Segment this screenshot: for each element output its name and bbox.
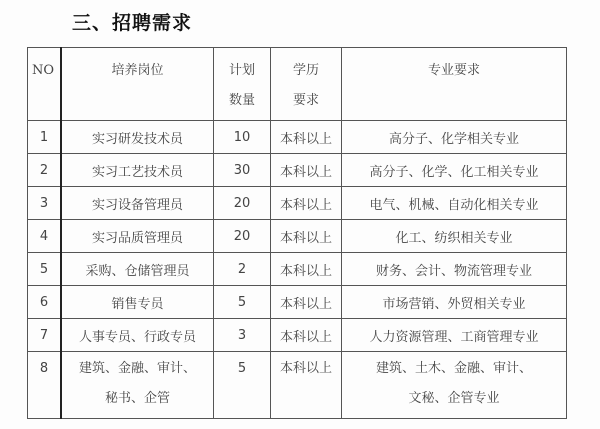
cell-position: 实习品质管理员 <box>61 220 214 253</box>
cell-education: 本科以上 <box>271 220 342 253</box>
cell-no: 6 <box>28 286 62 319</box>
cell-quantity: 5 <box>214 352 271 419</box>
table-row: 1 实习研发技术员 10 本科以上 高分子、化学相关专业 <box>28 121 567 154</box>
cell-major: 财务、会计、物流管理专业 <box>342 253 567 286</box>
cell-major: 电气、机械、自动化相关专业 <box>342 187 567 220</box>
cell-position: 实习研发技术员 <box>61 121 214 154</box>
cell-quantity: 5 <box>214 286 271 319</box>
cell-education: 本科以上 <box>271 187 342 220</box>
cell-quantity: 10 <box>214 121 271 154</box>
header-quantity-line2: 数量 <box>214 86 270 116</box>
header-quantity: 计划数量 <box>214 48 271 121</box>
table-row: 2 实习工艺技术员 30 本科以上 高分子、化学、化工相关专业 <box>28 154 567 187</box>
cell-position: 实习工艺技术员 <box>61 154 214 187</box>
cell-position-line2: 秘书、企管 <box>62 384 213 414</box>
cell-position: 销售专员 <box>61 286 214 319</box>
table-row: 7 人事专员、行政专员 3 本科以上 人力资源管理、工商管理专业 <box>28 319 567 352</box>
cell-quantity: 20 <box>214 187 271 220</box>
cell-position: 人事专员、行政专员 <box>61 319 214 352</box>
cell-position-line1: 建筑、金融、审计、 <box>62 354 213 384</box>
cell-major: 建筑、土木、金融、审计、文秘、企管专业 <box>342 352 567 419</box>
cell-no: 8 <box>28 352 62 419</box>
cell-position: 实习设备管理员 <box>61 187 214 220</box>
cell-education: 本科以上 <box>271 286 342 319</box>
header-quantity-line1: 计划 <box>214 56 270 86</box>
cell-education: 本科以上 <box>271 319 342 352</box>
table-row: 6 销售专员 5 本科以上 市场营销、外贸相关专业 <box>28 286 567 319</box>
cell-major-line2: 文秘、企管专业 <box>342 384 566 414</box>
cell-major: 人力资源管理、工商管理专业 <box>342 319 567 352</box>
header-no: NO <box>28 48 62 121</box>
recruitment-table: NO 培养岗位 计划数量 学历要求 专业要求 1 实习研发技术员 10 本科以上… <box>27 47 567 419</box>
cell-quantity: 2 <box>214 253 271 286</box>
cell-quantity: 20 <box>214 220 271 253</box>
header-education-line1: 学历 <box>271 56 341 86</box>
cell-major: 高分子、化学、化工相关专业 <box>342 154 567 187</box>
cell-no: 7 <box>28 319 62 352</box>
header-position: 培养岗位 <box>61 48 214 121</box>
cell-no: 2 <box>28 154 62 187</box>
table-row: 5 采购、仓储管理员 2 本科以上 财务、会计、物流管理专业 <box>28 253 567 286</box>
cell-education: 本科以上 <box>271 352 342 419</box>
cell-quantity: 3 <box>214 319 271 352</box>
header-education: 学历要求 <box>271 48 342 121</box>
cell-no: 4 <box>28 220 62 253</box>
cell-major: 化工、纺织相关专业 <box>342 220 567 253</box>
cell-position: 采购、仓储管理员 <box>61 253 214 286</box>
table-row: 3 实习设备管理员 20 本科以上 电气、机械、自动化相关专业 <box>28 187 567 220</box>
cell-education: 本科以上 <box>271 154 342 187</box>
cell-major: 高分子、化学相关专业 <box>342 121 567 154</box>
table-row: 4 实习品质管理员 20 本科以上 化工、纺织相关专业 <box>28 220 567 253</box>
cell-major-line1: 建筑、土木、金融、审计、 <box>342 354 566 384</box>
cell-major: 市场营销、外贸相关专业 <box>342 286 567 319</box>
section-title: 三、招聘需求 <box>72 8 192 35</box>
cell-position: 建筑、金融、审计、秘书、企管 <box>61 352 214 419</box>
table-header-row: NO 培养岗位 计划数量 学历要求 专业要求 <box>28 48 567 121</box>
header-major: 专业要求 <box>342 48 567 121</box>
cell-no: 5 <box>28 253 62 286</box>
cell-education: 本科以上 <box>271 253 342 286</box>
cell-education: 本科以上 <box>271 121 342 154</box>
cell-no: 3 <box>28 187 62 220</box>
table-row: 8 建筑、金融、审计、秘书、企管 5 本科以上 建筑、土木、金融、审计、文秘、企… <box>28 352 567 419</box>
cell-quantity: 30 <box>214 154 271 187</box>
cell-no: 1 <box>28 121 62 154</box>
header-education-line2: 要求 <box>271 86 341 116</box>
